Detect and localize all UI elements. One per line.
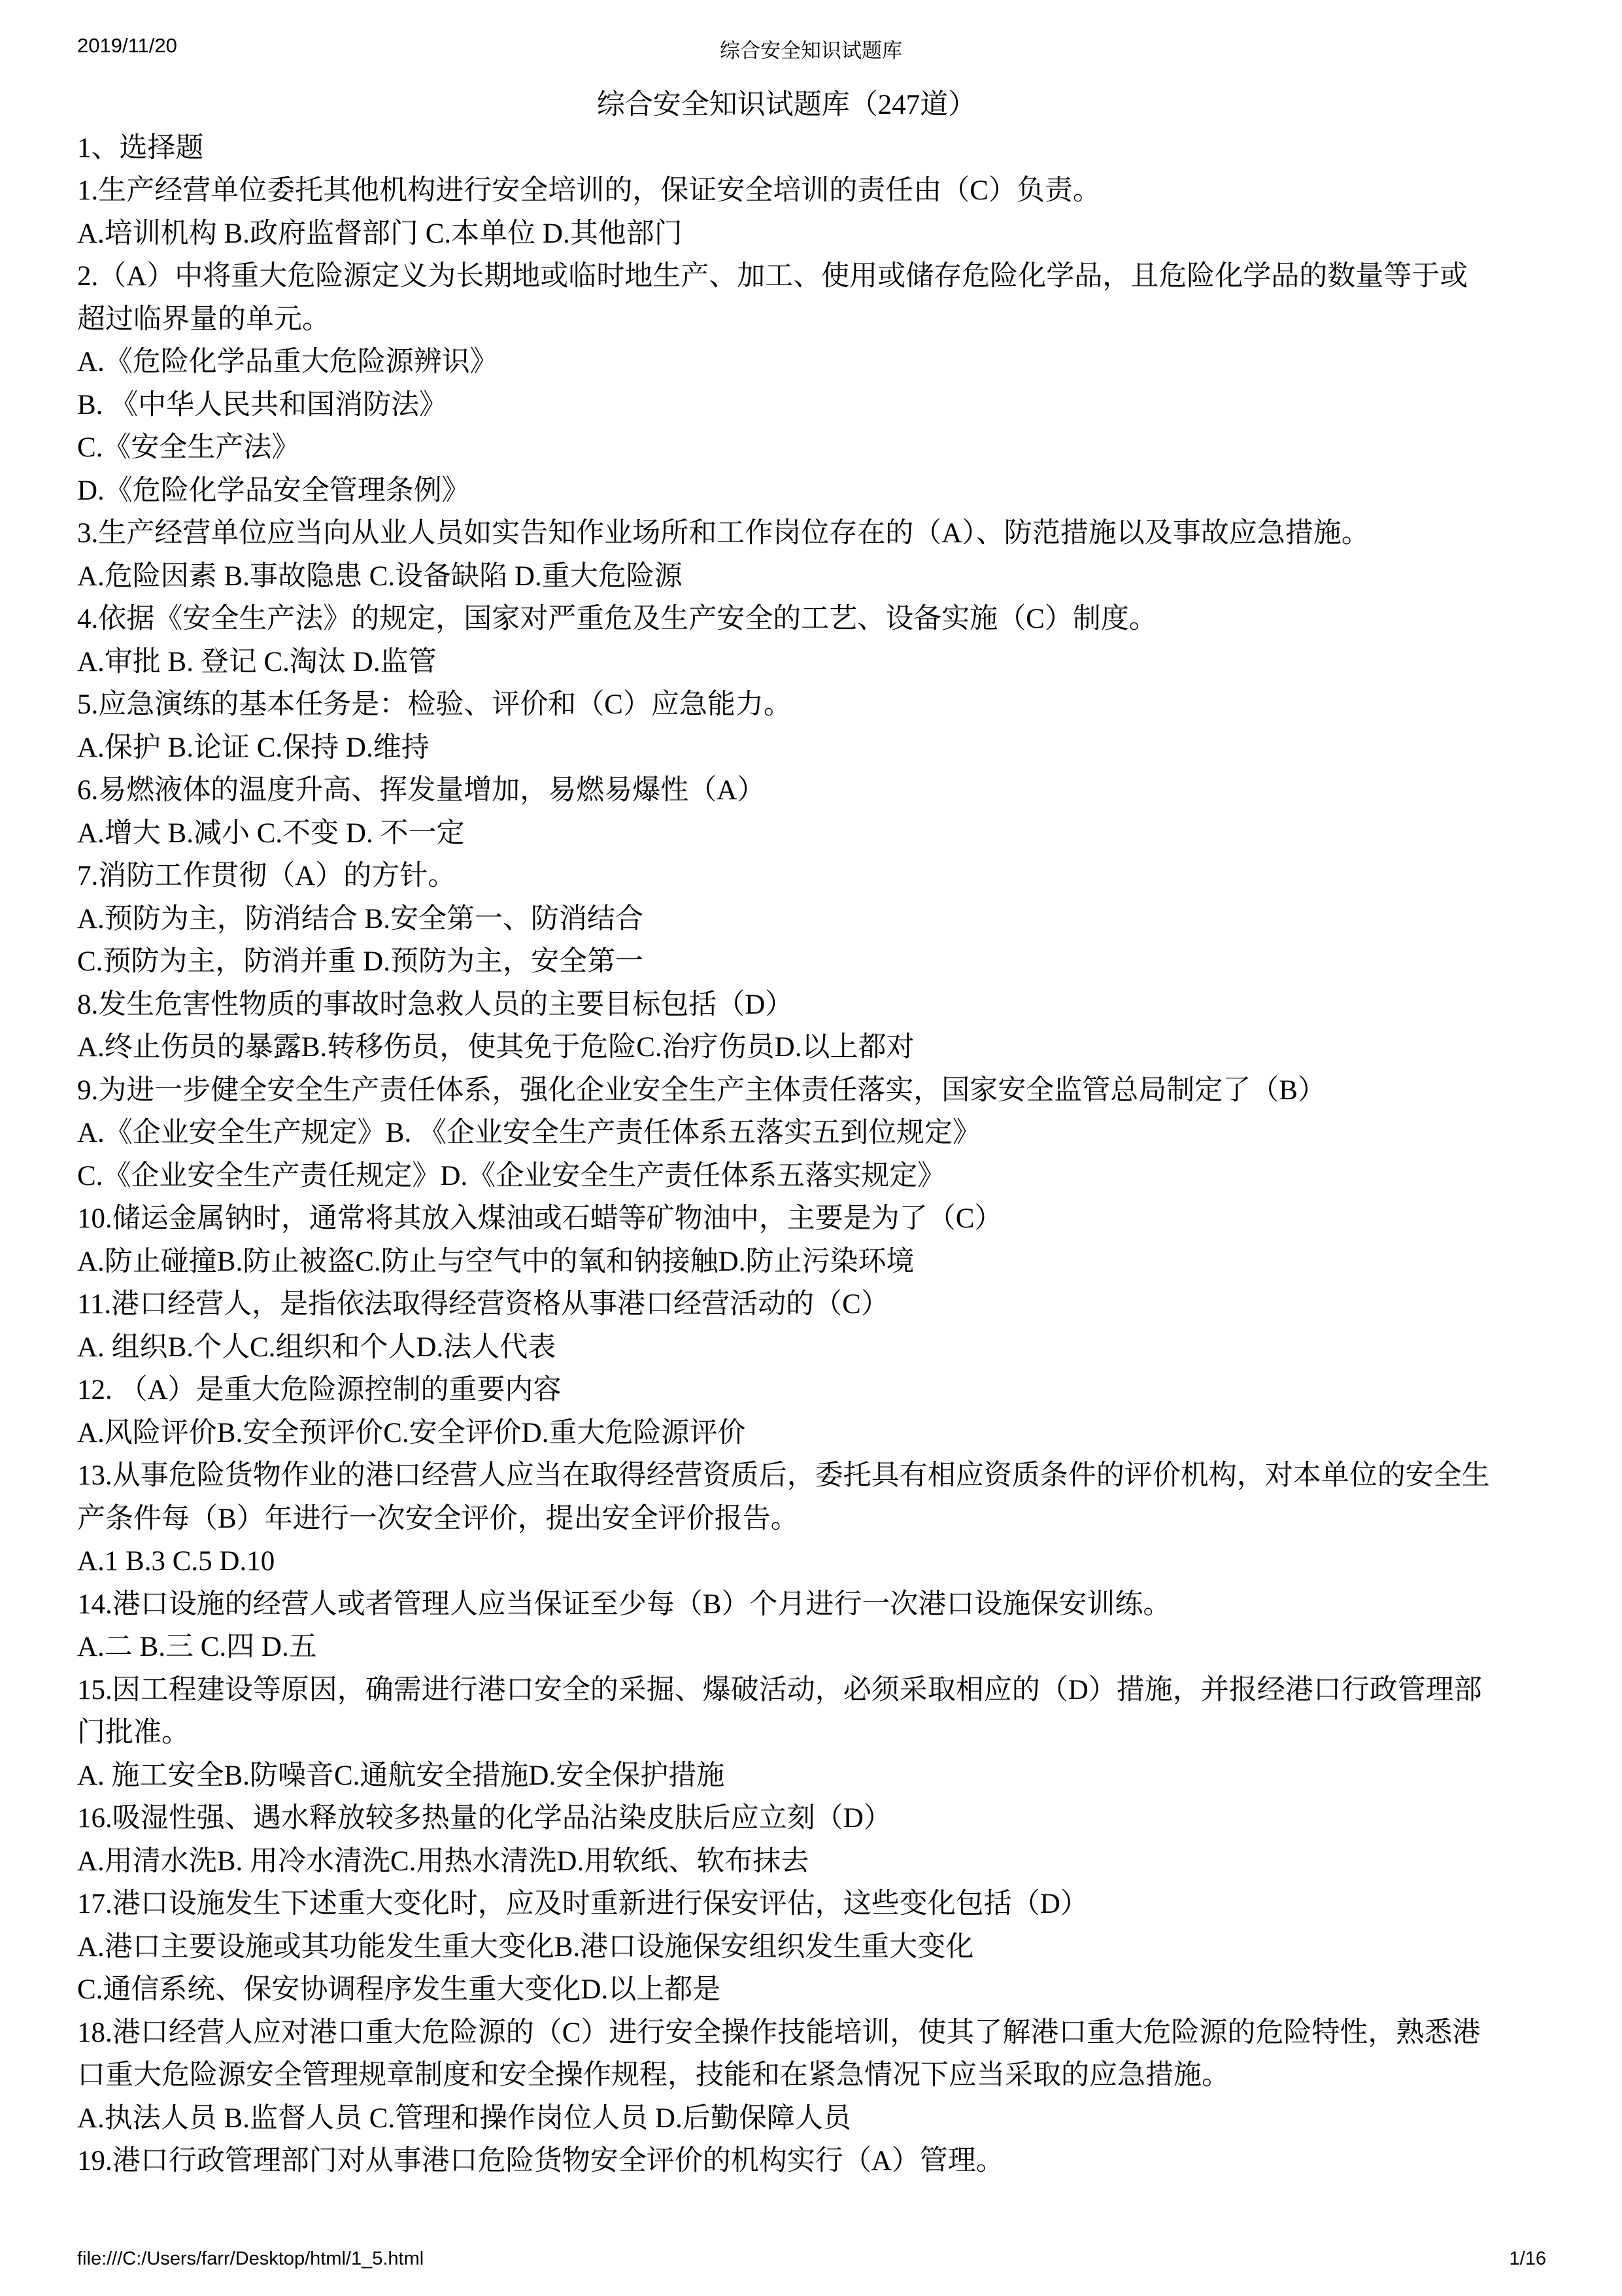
text-paragraph: 6.易燃液体的温度升高、挥发量增加，易燃易爆性（A）: [77, 769, 1496, 812]
text-paragraph: C.通信系统、保安协调程序发生重大变化D.以上都是: [77, 1968, 1496, 2012]
print-header: 2019/11/20 综合安全知识试题库: [77, 34, 1545, 61]
text-paragraph: 19.港口行政管理部门对从事港口危险货物安全评价的机构实行（A）管理。: [77, 2140, 1496, 2183]
text-paragraph: A. 组织B.个人C.组织和个人D.法人代表: [77, 1326, 1496, 1369]
text-paragraph: 16.吸湿性强、遇水释放较多热量的化学品沾染皮肤后应立刻（D）: [77, 1797, 1496, 1840]
text-paragraph: 8.发生危害性物质的事故时急救人员的主要目标包括（D）: [77, 984, 1496, 1027]
section-heading: 1、选择题: [77, 127, 1496, 170]
text-paragraph: A.用清水洗B. 用冷水清洗C.用热水清洗D.用软纸、软布抹去: [77, 1840, 1496, 1883]
text-paragraph: A.防止碰撞B.防止被盗C.防止与空气中的氧和钠接触D.防止污染环境: [77, 1241, 1496, 1284]
text-paragraph: A.风险评价B.安全预评价C.安全评价D.重大危险源评价: [77, 1412, 1496, 1455]
page-title: 综合安全知识试题库（247道）: [77, 84, 1496, 127]
text-paragraph: A.港口主要设施或其功能发生重大变化B.港口设施保安组织发生重大变化: [77, 1926, 1496, 1969]
text-paragraph: 4.依据《安全生产法》的规定，国家对严重危及生产安全的工艺、设备实施（C）制度。: [77, 598, 1496, 641]
text-paragraph: A.二 B.三 C.四 D.五: [77, 1626, 1496, 1669]
text-paragraph: A.危险因素 B.事故隐患 C.设备缺陷 D.重大危险源: [77, 555, 1496, 598]
text-paragraph: 14.港口设施的经营人或者管理人应当保证至少每（B）个月进行一次港口设施保安训练…: [77, 1583, 1496, 1626]
text-paragraph: 2.（A）中将重大危险源定义为长期地或临时地生产、加工、使用或储存危险化学品，且…: [77, 255, 1496, 341]
text-paragraph: 12. （A）是重大危险源控制的重要内容: [77, 1369, 1496, 1412]
print-header-date: 2019/11/20: [77, 34, 177, 58]
paragraph-list: 1.生产经营单位委托其他机构进行安全培训的，保证安全培训的责任由（C）负责。A.…: [77, 169, 1496, 2183]
text-paragraph: A.审批 B. 登记 C.淘汰 D.监管: [77, 641, 1496, 684]
text-paragraph: 17.港口设施发生下述重大变化时，应及时重新进行保安评估，这些变化包括（D）: [77, 1883, 1496, 1926]
text-paragraph: 10.储运金属钠时，通常将其放入煤油或石蜡等矿物油中，主要是为了（C）: [77, 1197, 1496, 1241]
text-paragraph: C.预防为主，防消并重 D.预防为主，安全第一: [77, 940, 1496, 984]
text-paragraph: 3.生产经营单位应当向从业人员如实告知作业场所和工作岗位存在的（A）、防范措施以…: [77, 512, 1496, 555]
text-paragraph: A.终止伤员的暴露B.转移伤员，使其免于危险C.治疗伤员D.以上都对: [77, 1026, 1496, 1069]
text-paragraph: A.1 B.3 C.5 D.10: [77, 1540, 1496, 1583]
text-paragraph: A.执法人员 B.监督人员 C.管理和操作岗位人员 D.后勤保障人员: [77, 2097, 1496, 2140]
text-paragraph: A. 施工安全B.防噪音C.通航安全措施D.安全保护措施: [77, 1755, 1496, 1798]
text-paragraph: C.《安全生产法》: [77, 426, 1496, 470]
print-header-title: 综合安全知识试题库: [720, 34, 902, 63]
text-paragraph: A.《危险化学品重大危险源辨识》: [77, 341, 1496, 384]
text-paragraph: 7.消防工作贯彻（A）的方针。: [77, 855, 1496, 898]
text-paragraph: A.预防为主，防消结合 B.安全第一、防消结合: [77, 898, 1496, 941]
text-paragraph: 15.因工程建设等原因，确需进行港口安全的采掘、爆破活动，必须采取相应的（D）措…: [77, 1669, 1496, 1755]
text-paragraph: 9.为进一步健全安全生产责任体系，强化企业安全生产主体责任落实，国家安全监管总局…: [77, 1069, 1496, 1112]
text-paragraph: B. 《中华人民共和国消防法》: [77, 384, 1496, 427]
text-paragraph: A.保护 B.论证 C.保持 D.维持: [77, 727, 1496, 770]
text-paragraph: C.《企业安全生产责任规定》D.《企业安全生产责任体系五落实规定》: [77, 1155, 1496, 1198]
text-paragraph: D.《危险化学品安全管理条例》: [77, 470, 1496, 513]
text-paragraph: 5.应急演练的基本任务是：检验、评价和（C）应急能力。: [77, 683, 1496, 727]
text-paragraph: 18.港口经营人应对港口重大危险源的（C）进行安全操作技能培训，使其了解港口重大…: [77, 2012, 1496, 2097]
footer-file-url: file:///C:/Users/farr/Desktop/html/1_5.h…: [77, 2248, 424, 2270]
text-paragraph: A.培训机构 B.政府监督部门 C.本单位 D.其他部门: [77, 213, 1496, 256]
text-paragraph: 1.生产经营单位委托其他机构进行安全培训的，保证安全培训的责任由（C）负责。: [77, 169, 1496, 213]
document-body: 综合安全知识试题库（247道） 1、选择题 1.生产经营单位委托其他机构进行安全…: [77, 84, 1496, 2183]
text-paragraph: 13.从事危险货物作业的港口经营人应当在取得经营资质后，委托具有相应资质条件的评…: [77, 1454, 1496, 1540]
print-footer: file:///C:/Users/farr/Desktop/html/1_5.h…: [77, 2246, 1546, 2270]
text-paragraph: A.增大 B.减小 C.不变 D. 不一定: [77, 812, 1496, 855]
footer-page-number: 1/16: [1510, 2248, 1546, 2270]
text-paragraph: 11.港口经营人，是指依法取得经营资格从事港口经营活动的（C）: [77, 1283, 1496, 1326]
text-paragraph: A.《企业安全生产规定》B. 《企业安全生产责任体系五落实五到位规定》: [77, 1112, 1496, 1155]
